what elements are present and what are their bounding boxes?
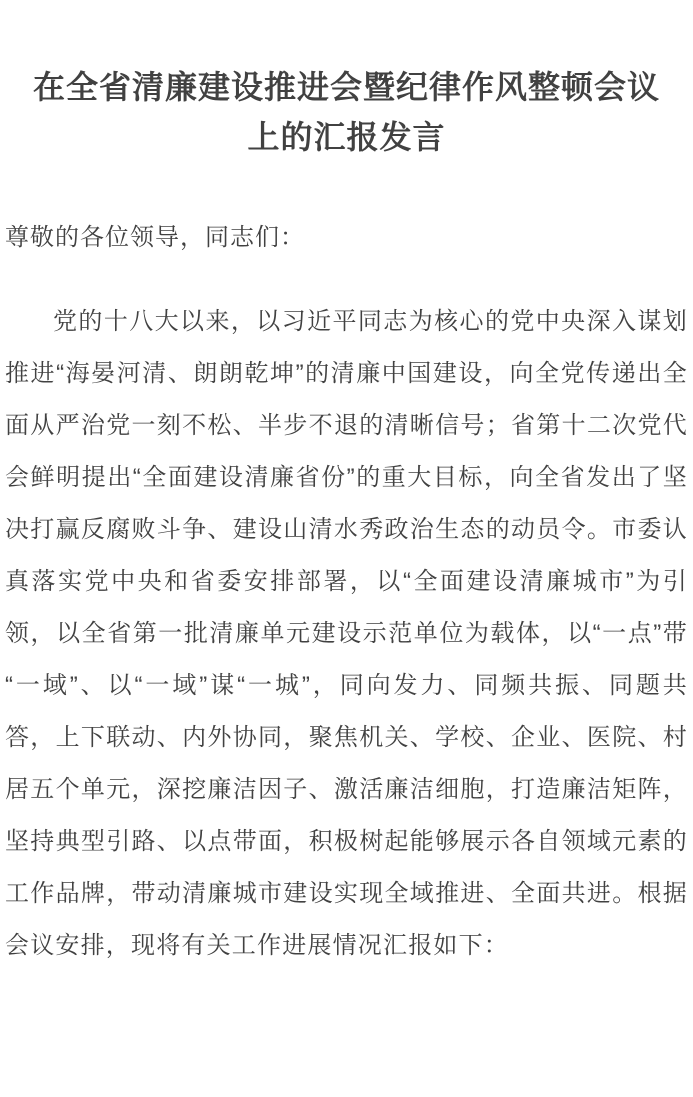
document-title-line-1: 在全省清廉建设推进会暨纪律作风整顿会议 xyxy=(5,62,688,112)
document-title: 在全省清廉建设推进会暨纪律作风整顿会议 上的汇报发言 xyxy=(5,62,688,162)
document-page: 在全省清廉建设推进会暨纪律作风整顿会议 上的汇报发言 尊敬的各位领导，同志们： … xyxy=(0,0,693,1097)
body-paragraph: 党的十八大以来，以习近平同志为核心的党中央深入谋划推进“海晏河清、朗朗乾坤”的清… xyxy=(5,296,688,972)
salutation-line: 尊敬的各位领导，同志们： xyxy=(5,222,688,254)
document-title-line-2: 上的汇报发言 xyxy=(5,112,688,162)
